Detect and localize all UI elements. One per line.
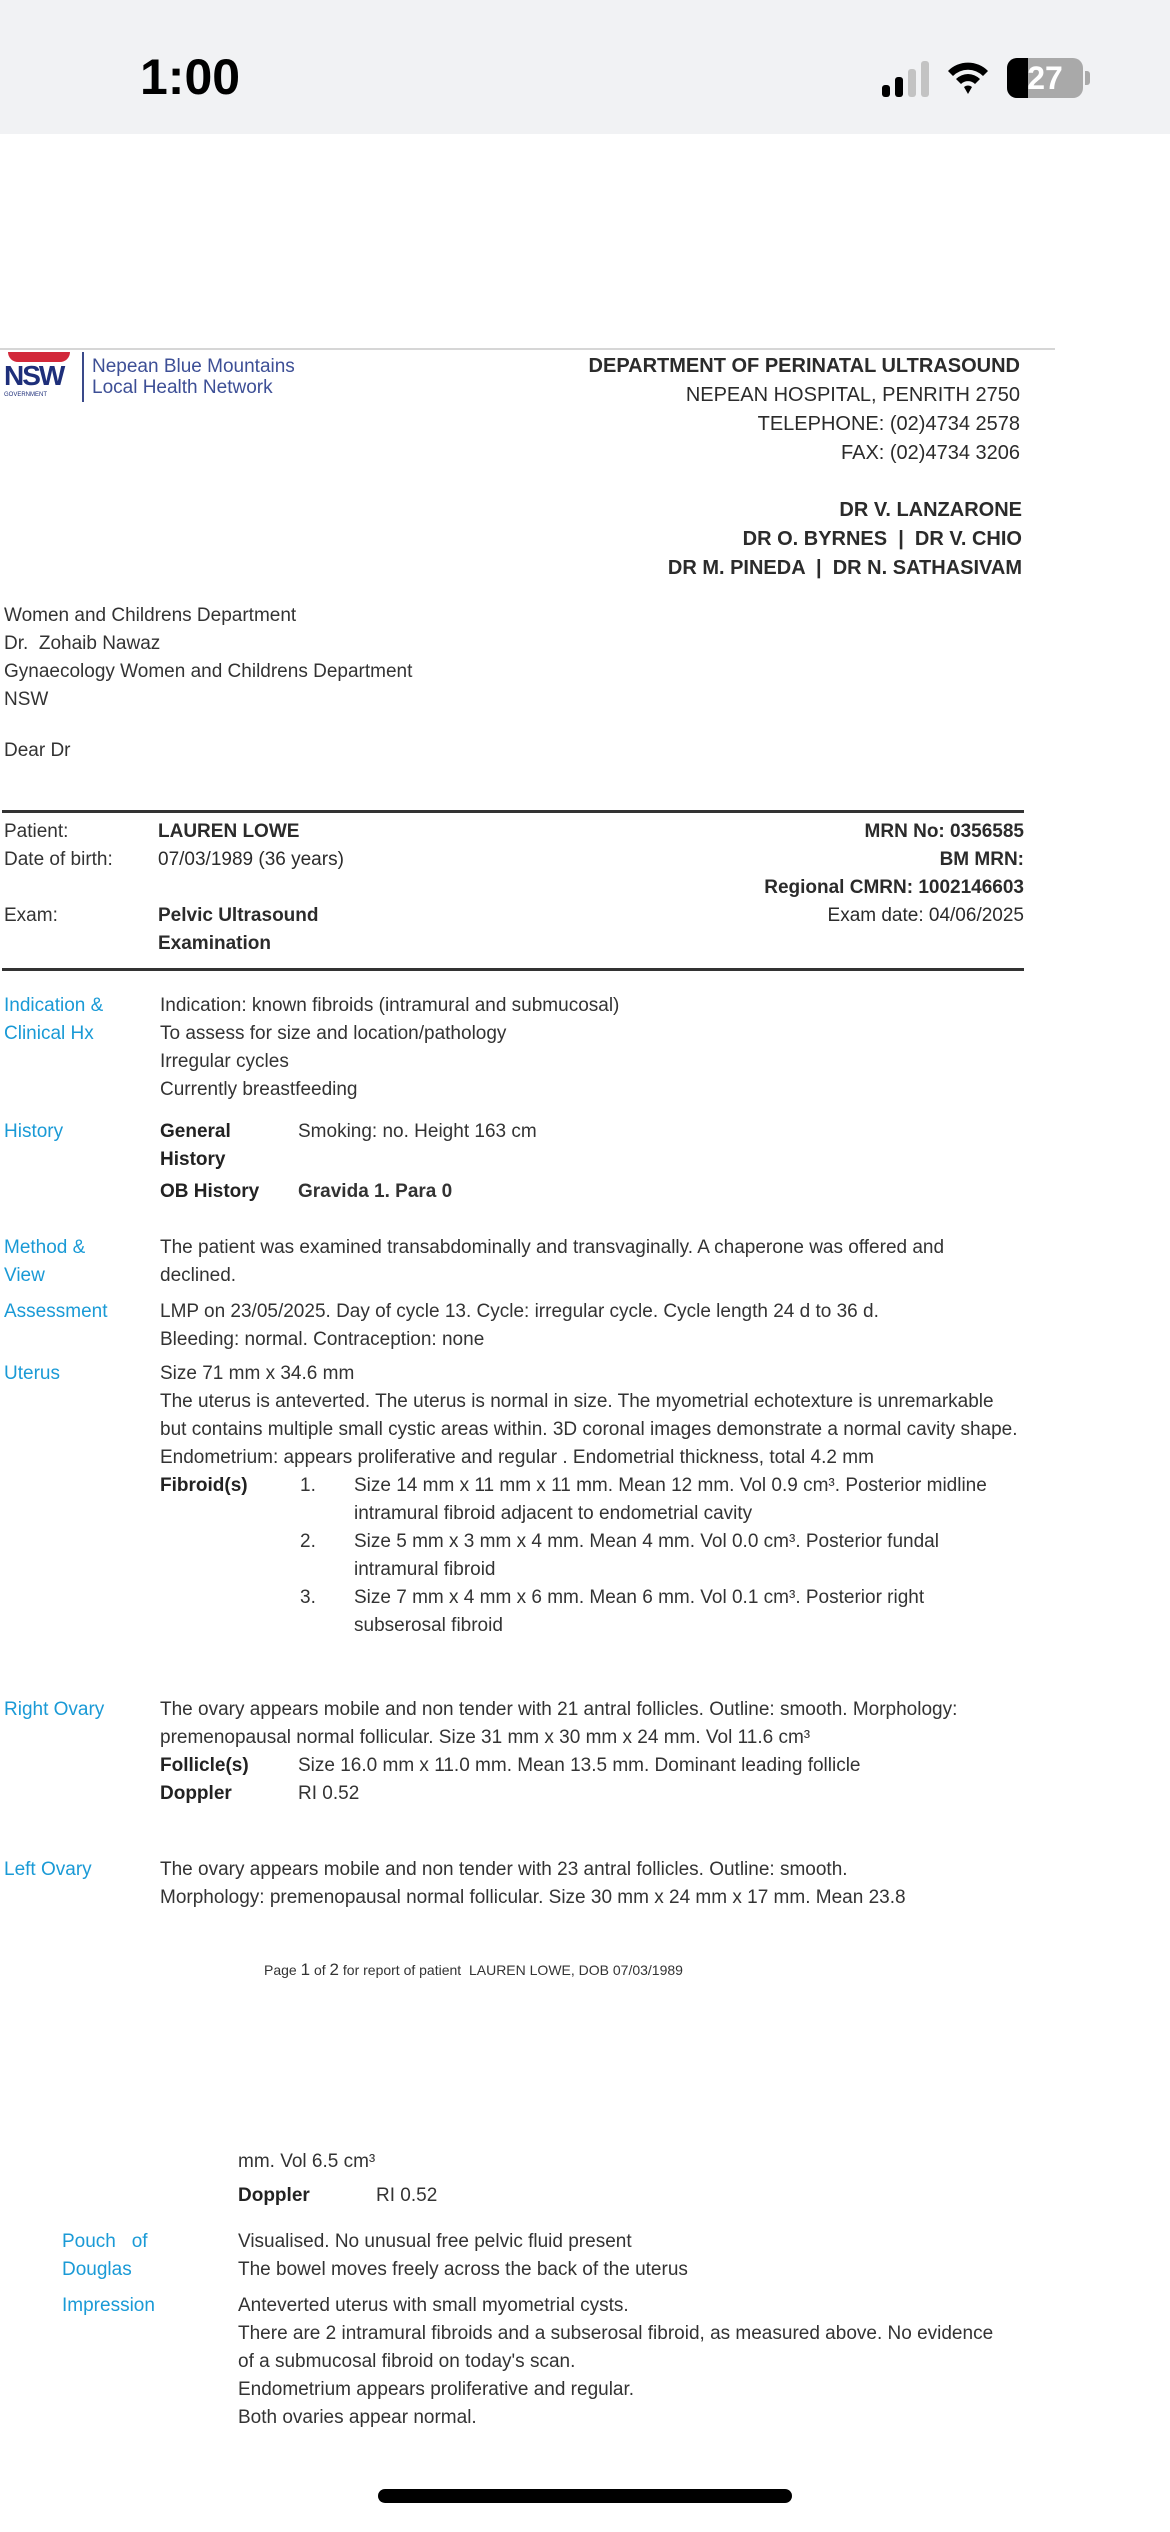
section-label: Pouch of Douglas <box>62 2228 232 2284</box>
section-body: LMP on 23/05/2025. Day of cycle 13. Cycl… <box>160 1298 1020 1354</box>
list-number: 2. <box>296 1528 354 1584</box>
section-body: Indication: known fibroids (intramural a… <box>160 992 1020 1104</box>
recipient-line: NSW <box>4 686 412 714</box>
label-line: History <box>160 1146 298 1174</box>
sub-label: Doppler <box>238 2182 376 2210</box>
text-line: Both ovaries appear normal. <box>238 2404 1170 2432</box>
nsw-wordmark: NSW <box>4 360 63 392</box>
sub-value: RI 0.52 <box>376 2182 1170 2210</box>
uterus-description: The uterus is anteverted. The uterus is … <box>160 1388 1020 1444</box>
sub-label: General History <box>160 1118 298 1174</box>
section-label: Uterus <box>4 1360 154 1388</box>
page-footer: Page 1 of 2 for report of patient LAUREN… <box>264 1960 683 1980</box>
exam-label: Exam: <box>4 902 154 930</box>
recipient-line: Gynaecology Women and Childrens Departme… <box>4 658 412 686</box>
battery-icon: 27 <box>1007 58 1083 98</box>
patient-label: Patient: <box>4 818 154 846</box>
label-line: Indication & <box>4 992 154 1020</box>
text-line: Visualised. No unusual free pelvic fluid… <box>238 2228 1170 2256</box>
text-line: Endometrium appears proliferative and re… <box>238 2376 1170 2404</box>
page-total: 2 <box>330 1960 339 1979</box>
fibroids-row: Fibroid(s) 1. Size 14 mm x 11 mm x 11 mm… <box>160 1472 1020 1640</box>
home-indicator[interactable] <box>378 2489 792 2503</box>
sub-value: Smoking: no. Height 163 cm <box>298 1118 1020 1174</box>
section-body: The ovary appears mobile and non tender … <box>160 1696 1020 1808</box>
text-line: Morphology: premenopausal normal follicu… <box>160 1884 1060 1912</box>
logo-divider <box>82 352 84 402</box>
wifi-icon <box>945 59 991 97</box>
patient-block-top-rule <box>2 810 1024 813</box>
network-name-line1: Nepean Blue Mountains <box>92 356 295 377</box>
list-number: 1. <box>296 1472 354 1528</box>
battery-percent: 27 <box>1007 58 1083 98</box>
doctors-list: DR V. LANZARONE DR O. BYRNES | DR V. CHI… <box>668 496 1022 583</box>
telephone: TELEPHONE: (02)4734 2578 <box>589 410 1020 439</box>
section-label: Assessment <box>4 1298 154 1326</box>
text-line: mm. Vol 6.5 cm³ <box>238 2148 1170 2176</box>
doctor-line: DR M. PINEDA | DR N. SATHASIVAM <box>668 554 1022 583</box>
fibroid-item: 2. Size 5 mm x 3 mm x 4 mm. Mean 4 mm. V… <box>296 1528 1020 1584</box>
exam-date: Exam date: 04/06/2025 <box>828 902 1024 930</box>
section-label: Impression <box>62 2292 232 2320</box>
sub-label: Doppler <box>160 1780 298 1808</box>
exam-value-line1: Pelvic Ultrasound <box>158 902 319 930</box>
nsw-waratah-logo-icon: NSW GOVERNMENT <box>2 352 74 402</box>
label-line: Clinical Hx <box>4 1020 154 1048</box>
health-network-name: Nepean Blue Mountains Local Health Netwo… <box>92 352 295 398</box>
section-label: History <box>4 1118 154 1146</box>
cellular-signal-icon <box>882 59 929 97</box>
fibroid-list: 1. Size 14 mm x 11 mm x 11 mm. Mean 12 m… <box>296 1472 1020 1640</box>
section-body: Visualised. No unusual free pelvic fluid… <box>238 2228 1170 2284</box>
bm-mrn: BM MRN: <box>940 846 1024 874</box>
list-text: Size 5 mm x 3 mm x 4 mm. Mean 4 mm. Vol … <box>354 1528 1020 1584</box>
section-body: Anteverted uterus with small myometrial … <box>238 2292 1170 2432</box>
doctor-line: DR O. BYRNES | DR V. CHIO <box>668 525 1022 554</box>
sub-value: RI 0.52 <box>298 1780 1020 1808</box>
label-line: Douglas <box>62 2256 232 2284</box>
mrn: MRN No: 0356585 <box>865 818 1024 846</box>
text-line: Indication: known fibroids (intramural a… <box>160 992 1020 1020</box>
footer-text: Page <box>264 1962 301 1978</box>
section-body: The ovary appears mobile and non tender … <box>160 1856 1060 1912</box>
text-line: Irregular cycles <box>160 1048 1020 1076</box>
sub-label: OB History <box>160 1178 298 1206</box>
sub-value: Size 16.0 mm x 11.0 mm. Mean 13.5 mm. Do… <box>298 1752 1020 1780</box>
section-body: mm. Vol 6.5 cm³ Doppler RI 0.52 <box>238 2148 1170 2210</box>
label-line: View <box>4 1262 154 1290</box>
doctor-line: DR V. LANZARONE <box>668 496 1022 525</box>
text-line: The ovary appears mobile and non tender … <box>160 1856 1060 1884</box>
footer-text: of <box>310 1962 329 1978</box>
sub-value: Gravida 1. Para 0 <box>298 1178 1020 1206</box>
recipient-address: Women and Childrens Department Dr. Zohai… <box>4 602 412 714</box>
footer-text: for report of patient LAUREN LOWE, DOB 0… <box>339 1962 683 1978</box>
label-line: Pouch of <box>62 2228 232 2256</box>
doppler-row: Doppler RI 0.52 <box>238 2182 1170 2210</box>
network-name-line2: Local Health Network <box>92 377 295 398</box>
section-body: General History Smoking: no. Height 163 … <box>160 1118 1020 1206</box>
text-line: Anteverted uterus with small myometrial … <box>238 2292 1170 2320</box>
text-line: of a submucosal fibroid on today's scan. <box>238 2348 1170 2376</box>
page-current: 1 <box>301 1960 310 1979</box>
department-contact-block: DEPARTMENT OF PERINATAL ULTRASOUND NEPEA… <box>589 352 1020 468</box>
section-label: Left Ovary <box>4 1856 154 1884</box>
recipient-line: Dr. Zohaib Nawaz <box>4 630 412 658</box>
fax: FAX: (02)4734 3206 <box>589 439 1020 468</box>
text-line: The bowel moves freely across the back o… <box>238 2256 1170 2284</box>
text-line: To assess for size and location/patholog… <box>160 1020 1020 1048</box>
label-line: General <box>160 1118 298 1146</box>
section-label: Right Ovary <box>4 1696 154 1724</box>
hospital-address: NEPEAN HOSPITAL, PENRITH 2750 <box>589 381 1020 410</box>
patient-name: LAUREN LOWE <box>158 818 299 846</box>
fibroid-item: 1. Size 14 mm x 11 mm x 11 mm. Mean 12 m… <box>296 1472 1020 1528</box>
exam-value: Pelvic Ultrasound Examination <box>158 902 319 958</box>
battery-nub <box>1085 71 1090 85</box>
text-line: Currently breastfeeding <box>160 1076 1020 1104</box>
sub-label: Follicle(s) <box>160 1752 298 1780</box>
section-label: Method & View <box>4 1234 154 1290</box>
header-rule <box>0 348 1055 350</box>
fibroid-item: 3. Size 7 mm x 4 mm x 6 mm. Mean 6 mm. V… <box>296 1584 1020 1640</box>
patient-block-bottom-rule <box>2 968 1024 971</box>
department-title: DEPARTMENT OF PERINATAL ULTRASOUND <box>589 352 1020 381</box>
exam-value-line2: Examination <box>158 930 319 958</box>
recipient-line: Women and Childrens Department <box>4 602 412 630</box>
status-icons: 27 <box>882 58 1090 98</box>
ob-history-row: OB History Gravida 1. Para 0 <box>160 1178 1020 1206</box>
dob-value: 07/03/1989 (36 years) <box>158 846 344 874</box>
general-history-row: General History Smoking: no. Height 163 … <box>160 1118 1020 1174</box>
document-page[interactable]: NSW GOVERNMENT Nepean Blue Mountains Loc… <box>0 134 1170 2532</box>
nsw-health-logo: NSW GOVERNMENT Nepean Blue Mountains Loc… <box>2 352 295 402</box>
section-body: Size 71 mm x 34.6 mm The uterus is antev… <box>160 1360 1020 1640</box>
endometrium: Endometrium: appears proliferative and r… <box>160 1444 1020 1472</box>
regional-cmrn: Regional CMRN: 1002146603 <box>764 874 1024 902</box>
status-bar: 1:00 27 <box>0 0 1170 134</box>
uterus-size: Size 71 mm x 34.6 mm <box>160 1360 1020 1388</box>
section-label: Indication & Clinical Hx <box>4 992 154 1048</box>
text-line: There are 2 intramural fibroids and a su… <box>238 2320 1170 2348</box>
right-ovary-text: The ovary appears mobile and non tender … <box>160 1696 1020 1752</box>
label-line: Method & <box>4 1234 154 1262</box>
dob-label: Date of birth: <box>4 846 154 874</box>
sub-label: Fibroid(s) <box>160 1472 296 1640</box>
list-text: Size 14 mm x 11 mm x 11 mm. Mean 12 mm. … <box>354 1472 1020 1528</box>
nsw-government-text: GOVERNMENT <box>4 392 47 398</box>
doppler-row: Doppler RI 0.52 <box>160 1780 1020 1808</box>
text-line: LMP on 23/05/2025. Day of cycle 13. Cycl… <box>160 1298 1020 1326</box>
list-number: 3. <box>296 1584 354 1640</box>
section-body: The patient was examined transabdominall… <box>160 1234 1020 1290</box>
status-time: 1:00 <box>140 48 240 106</box>
salutation: Dear Dr <box>4 740 71 762</box>
follicles-row: Follicle(s) Size 16.0 mm x 11.0 mm. Mean… <box>160 1752 1020 1780</box>
list-text: Size 7 mm x 4 mm x 6 mm. Mean 6 mm. Vol … <box>354 1584 1020 1640</box>
text-line: Bleeding: normal. Contraception: none <box>160 1326 1020 1354</box>
